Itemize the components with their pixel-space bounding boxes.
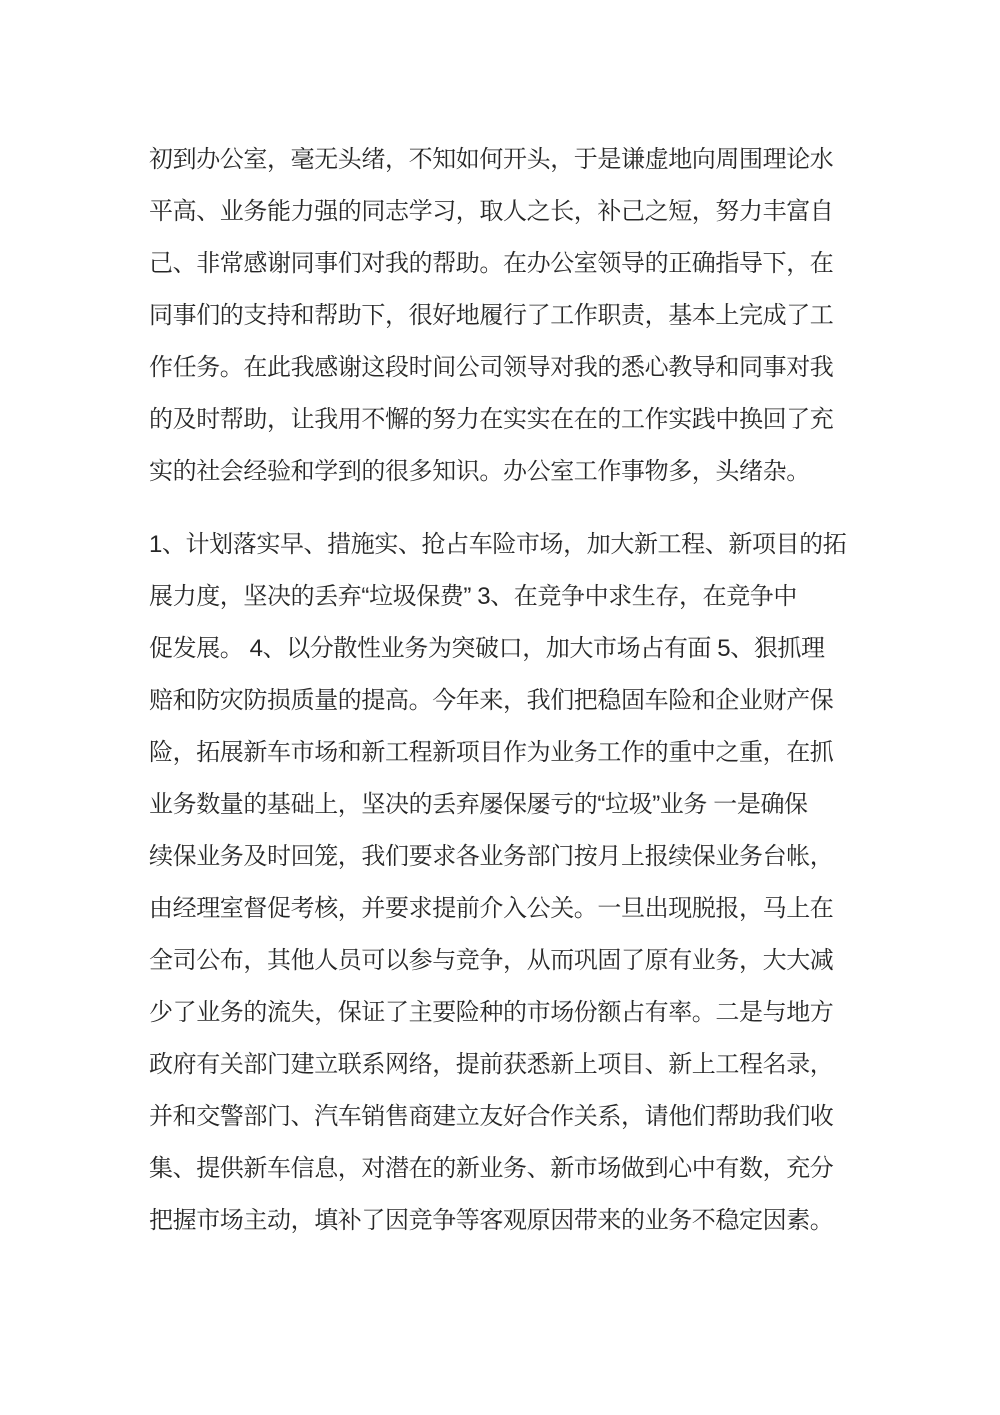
text-line: 全司公布，其他人员可以参与竞争，从而巩固了原有业务，大大减 [149,935,869,987]
text-line: 同事们的支持和帮助下，很好地履行了工作职责，基本上完成了工 [149,290,869,342]
text-line: 业务数量的基础上，坚决的丢弃屡保屡亏的“垃圾”业务 一是确保 [149,779,869,831]
text-line: 少了业务的流失，保证了主要险种的市场份额占有率。二是与地方 [149,987,869,1039]
document-text-block: 初到办公室，毫无头绪，不知如何开头，于是谦虚地向周围理论水 平高、业务能力强的同… [149,134,869,1247]
text-line: 续保业务及时回笼，我们要求各业务部门按月上报续保业务台帐， [149,831,869,883]
text-line: 1、计划落实早、措施实、抢占车险市场，加大新工程、新项目的拓 [149,519,869,571]
text-line: 并和交警部门、汽车销售商建立友好合作关系，请他们帮助我们收 [149,1091,869,1143]
text-line: 平高、业务能力强的同志学习，取人之长，补己之短，努力丰富自 [149,186,869,238]
text-line: 集、提供新车信息，对潜在的新业务、新市场做到心中有数，充分 [149,1143,869,1195]
text-line: 政府有关部门建立联系网络，提前获悉新上项目、新上工程名录， [149,1039,869,1091]
text-line: 作任务。在此我感谢这段时间公司领导对我的悉心教导和同事对我 [149,342,869,394]
text-line: 实的社会经验和学到的很多知识。办公室工作事物多，头绪杂。 [149,446,869,498]
text-line: 促发展。 4、以分散性业务为突破口，加大市场占有面 5、狠抓理 [149,623,869,675]
paragraph-2: 1、计划落实早、措施实、抢占车险市场，加大新工程、新项目的拓 展力度，坚决的丢弃… [149,519,869,1247]
document-page: 初到办公室，毫无头绪，不知如何开头，于是谦虚地向周围理论水 平高、业务能力强的同… [0,0,1000,1415]
text-line: 的及时帮助，让我用不懈的努力在实实在在的工作实践中换回了充 [149,394,869,446]
paragraph-1: 初到办公室，毫无头绪，不知如何开头，于是谦虚地向周围理论水 平高、业务能力强的同… [149,134,869,498]
text-line: 己、非常感谢同事们对我的帮助。在办公室领导的正确指导下，在 [149,238,869,290]
text-line: 初到办公室，毫无头绪，不知如何开头，于是谦虚地向周围理论水 [149,134,869,186]
text-line: 展力度，坚决的丢弃“垃圾保费” 3、在竞争中求生存，在竞争中 [149,571,869,623]
text-line: 由经理室督促考核，并要求提前介入公关。一旦出现脱报，马上在 [149,883,869,935]
text-line: 险，拓展新车市场和新工程新项目作为业务工作的重中之重，在抓 [149,727,869,779]
text-line: 把握市场主动，填补了因竞争等客观原因带来的业务不稳定因素。 [149,1195,869,1247]
text-line: 赔和防灾防损质量的提高。今年来，我们把稳固车险和企业财产保 [149,675,869,727]
